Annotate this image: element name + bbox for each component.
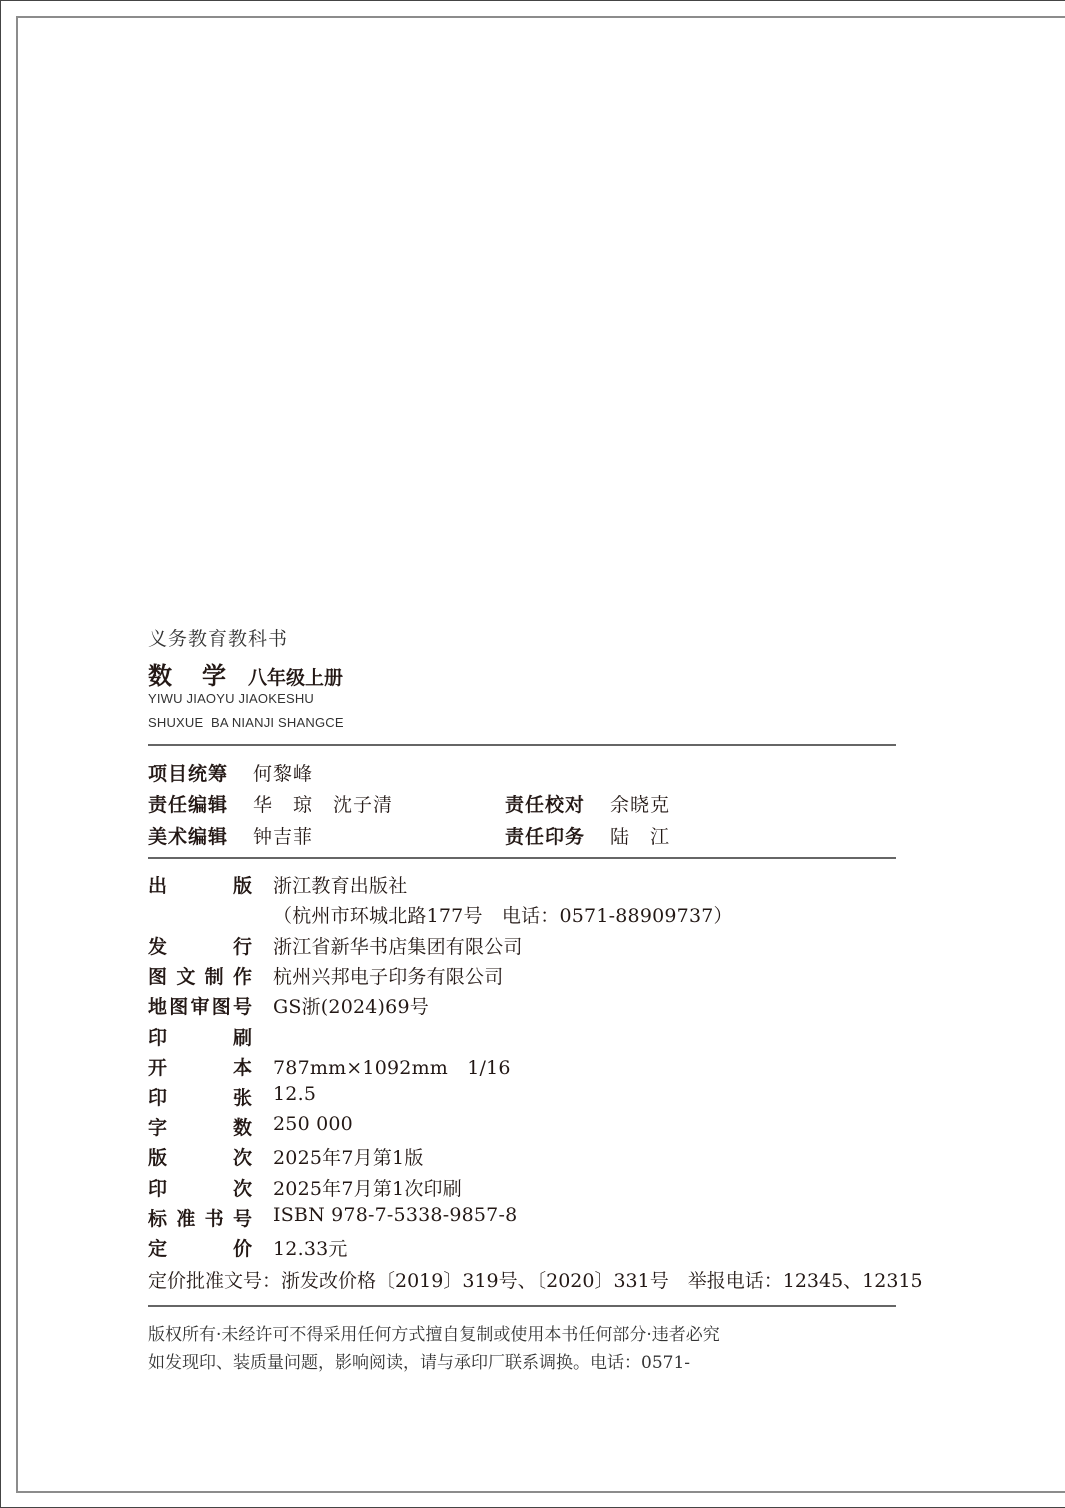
credit-value: 钟吉菲 bbox=[253, 822, 313, 849]
price-approval-text: 定价批准文号：浙发改价格〔2019〕319号、〔2020〕331号 举报电话：1… bbox=[148, 1266, 923, 1293]
pub-label: 图文制作 bbox=[148, 962, 252, 989]
credit-value: 余晓克 bbox=[610, 790, 670, 817]
pub-label: 印次 bbox=[148, 1174, 252, 1201]
pinyin-series: YIWU JIAOYU JIAOKESHU bbox=[148, 691, 314, 706]
pub-value: 浙江省新华书店集团有限公司 bbox=[273, 932, 523, 959]
pub-label: 印张 bbox=[148, 1083, 252, 1110]
pub-value-address: （杭州市环城北路177号 电话：0571-88909737） bbox=[273, 901, 733, 928]
pub-row-address: （杭州市环城北路177号 电话：0571-88909737） bbox=[148, 901, 733, 928]
pub-row-distributor: 发行 浙江省新华书店集团有限公司 bbox=[148, 932, 523, 959]
pub-value: 250 000 bbox=[273, 1113, 353, 1140]
credit-art-editor: 美术编辑 钟吉菲 bbox=[148, 822, 313, 849]
copyright-notice: 版权所有·未经许可不得采用任何方式擅自复制或使用本书任何部分·违者必究 bbox=[148, 1320, 720, 1345]
credit-label: 责任编辑 bbox=[148, 790, 253, 817]
pub-row-format: 开本 787mm×1092mm 1/16 bbox=[148, 1053, 511, 1080]
pub-value: 杭州兴邦电子印务有限公司 bbox=[273, 962, 503, 989]
pub-row-price: 定价 12.33元 bbox=[148, 1234, 348, 1261]
credit-proofreader: 责任校对 余晓克 bbox=[505, 790, 670, 817]
pub-row-word-count: 字数 250 000 bbox=[148, 1113, 353, 1140]
book-title: 数学 八年级上册 bbox=[148, 656, 343, 691]
pinyin-title: SHUXUE BA NIANJI SHANGCE bbox=[148, 715, 344, 730]
quality-notice: 如发现印、装质量问题，影响阅读，请与承印厂联系调换。电话：0571- bbox=[148, 1348, 690, 1373]
credit-value: 何黎峰 bbox=[253, 759, 313, 786]
credit-print-supervisor: 责任印务 陆 江 bbox=[505, 822, 670, 849]
subject-char-1: 数 bbox=[148, 661, 172, 690]
pub-label: 地图审图号 bbox=[148, 992, 252, 1019]
pub-label: 出版 bbox=[148, 871, 252, 898]
pub-value: 12.33元 bbox=[273, 1234, 348, 1261]
price-approval-line: 定价批准文号：浙发改价格〔2019〕319号、〔2020〕331号 举报电话：1… bbox=[148, 1266, 923, 1293]
pub-label: 字数 bbox=[148, 1113, 252, 1140]
pub-label: 定价 bbox=[148, 1234, 252, 1261]
pub-row-map-approval: 地图审图号 GS浙(2024)69号 bbox=[148, 992, 429, 1019]
pub-value: 2025年7月第1次印刷 bbox=[273, 1174, 462, 1201]
credit-label: 美术编辑 bbox=[148, 822, 253, 849]
series-title: 义务教育教科书 bbox=[148, 624, 288, 651]
pub-row-isbn: 标准书号 ISBN 978-7-5338-9857-8 bbox=[148, 1204, 517, 1231]
divider-top bbox=[148, 744, 896, 746]
divider-bottom bbox=[148, 1305, 896, 1307]
subject-title: 数学 bbox=[148, 656, 226, 691]
credit-value: 陆 江 bbox=[610, 822, 670, 849]
credit-value: 华 琼 沈子清 bbox=[253, 790, 393, 817]
pub-value: 12.5 bbox=[273, 1083, 316, 1110]
credit-label: 项目统筹 bbox=[148, 759, 253, 786]
pub-value: 浙江教育出版社 bbox=[273, 871, 407, 898]
pub-label: 标准书号 bbox=[148, 1204, 252, 1231]
pub-row-printing: 印次 2025年7月第1次印刷 bbox=[148, 1174, 462, 1201]
divider-middle bbox=[148, 857, 896, 859]
pub-value: GS浙(2024)69号 bbox=[273, 992, 429, 1019]
pub-label: 发行 bbox=[148, 932, 252, 959]
grade-volume: 八年级上册 bbox=[248, 663, 343, 690]
pub-row-typesetting: 图文制作 杭州兴邦电子印务有限公司 bbox=[148, 962, 503, 989]
pub-label: 印刷 bbox=[148, 1023, 252, 1050]
credit-project-coordinator: 项目统筹 何黎峰 bbox=[148, 759, 313, 786]
pub-row-publisher: 出版 浙江教育出版社 bbox=[148, 871, 407, 898]
pub-value: 787mm×1092mm 1/16 bbox=[273, 1053, 511, 1080]
pub-row-edition: 版次 2025年7月第1版 bbox=[148, 1143, 424, 1170]
pub-row-printer: 印刷 bbox=[148, 1023, 273, 1050]
pub-value: ISBN 978-7-5338-9857-8 bbox=[273, 1204, 517, 1231]
credit-label: 责任校对 bbox=[505, 790, 610, 817]
pub-value: 2025年7月第1版 bbox=[273, 1143, 424, 1170]
subject-char-2: 学 bbox=[202, 661, 226, 690]
pub-label: 版次 bbox=[148, 1143, 252, 1170]
credit-responsible-editor: 责任编辑 华 琼 沈子清 bbox=[148, 790, 393, 817]
pub-label: 开本 bbox=[148, 1053, 252, 1080]
credit-label: 责任印务 bbox=[505, 822, 610, 849]
pub-row-sheets: 印张 12.5 bbox=[148, 1083, 316, 1110]
